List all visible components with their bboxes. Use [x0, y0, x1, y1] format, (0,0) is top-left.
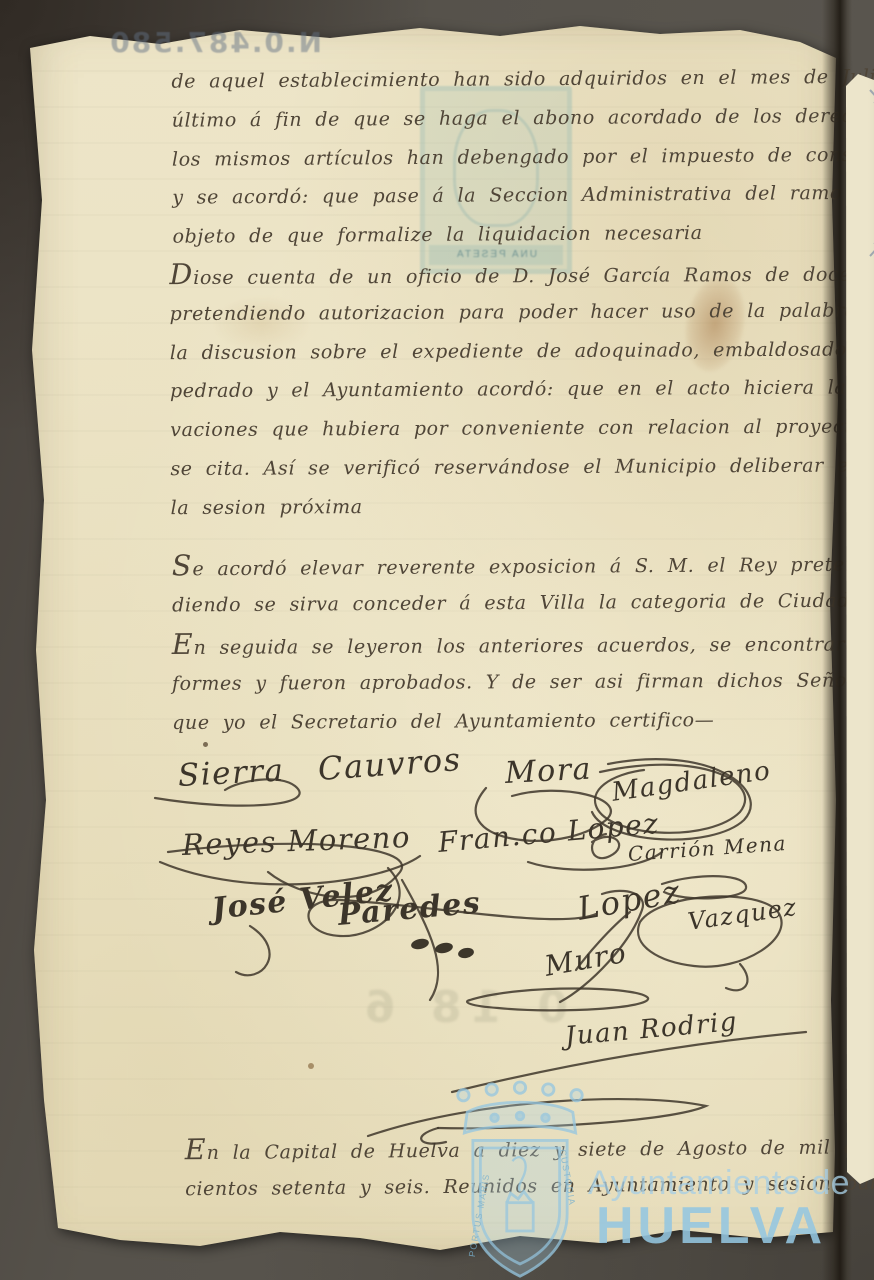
handwriting-line: En la Capital de Huelva a diez y siete d… — [185, 1125, 874, 1170]
handwriting-line: que yo el Secretario del Ayuntamiento ce… — [172, 700, 874, 743]
paragraph-4: En seguida se leyeron los anteriores acu… — [172, 622, 874, 742]
handwriting-line: último á fin de que se haga el abono aco… — [172, 96, 874, 140]
speck — [308, 1063, 314, 1069]
signature: Mora — [504, 751, 593, 791]
handwriting-line: pedrado y el Ayuntamiento acordó: que en… — [170, 368, 874, 411]
handwriting-line: diendo se sirva conceder á esta Villa la… — [172, 581, 865, 625]
paragraph-3: Se acordó elevar reverente exposicion á … — [172, 543, 865, 625]
speck — [203, 742, 208, 747]
handwriting-line: los mismos artículos han debengado por e… — [172, 135, 874, 179]
signature: Vazquez — [686, 893, 799, 936]
handwriting-line: objeto de que formalize la liquidacion n… — [172, 213, 874, 257]
watermark-text-large: HUELVA — [596, 1196, 826, 1256]
handwriting-line: Diose cuenta de un oficio de D. José Gar… — [169, 252, 874, 295]
signature: Sierra — [177, 752, 285, 794]
paragraph-2: Diose cuenta de un oficio de D. José Gar… — [169, 252, 874, 528]
handwriting-line: de aquel establecimiento han sido adquir… — [171, 57, 874, 101]
signature: Magdaleno — [610, 756, 773, 808]
paragraph-1: de aquel establecimiento han sido adquir… — [171, 57, 874, 256]
handwriting-line: la sesion próxima — [171, 485, 874, 528]
alcaldia-stamp: ALCALDIA — [844, 84, 874, 262]
handwriting-line: se cita. Así se verificó reservándose el… — [170, 446, 874, 489]
handwriting-line: Se acordó elevar reverente exposicion á … — [172, 543, 865, 587]
scanned-manuscript: { "registry_number": "N.0.487.580", "rev… — [0, 0, 874, 1280]
registry-number-bleed: N.0.487.580 — [110, 26, 322, 59]
handwriting-line: y se acordó: que pase á la Seccion Admin… — [172, 174, 874, 218]
handwriting-line: cientos setenta y seis. Reunidos en Ayun… — [185, 1164, 874, 1209]
handwriting-line: En seguida se leyeron los anteriores acu… — [172, 622, 874, 665]
signature: Juan Rodrig — [564, 1007, 739, 1052]
signature: Muro — [542, 936, 629, 983]
handwriting-line: formes y fueron aprobados. Y de ser asi … — [172, 661, 874, 704]
handwriting-line: vaciones que hubiera por conveniente con… — [170, 407, 874, 450]
closing-paragraph: En la Capital de Huelva a diez y siete d… — [185, 1125, 874, 1209]
signature: Reyes Moreno — [181, 820, 411, 862]
signature: Cauvros — [317, 740, 463, 788]
handwriting-line: la discusion sobre el expediente de adoq… — [170, 329, 874, 372]
handwriting-line: pretendiendo autorizacion para poder hac… — [169, 291, 874, 334]
bleed-number: 0 18 6 — [318, 982, 568, 1033]
signature: Lopez — [575, 872, 684, 928]
